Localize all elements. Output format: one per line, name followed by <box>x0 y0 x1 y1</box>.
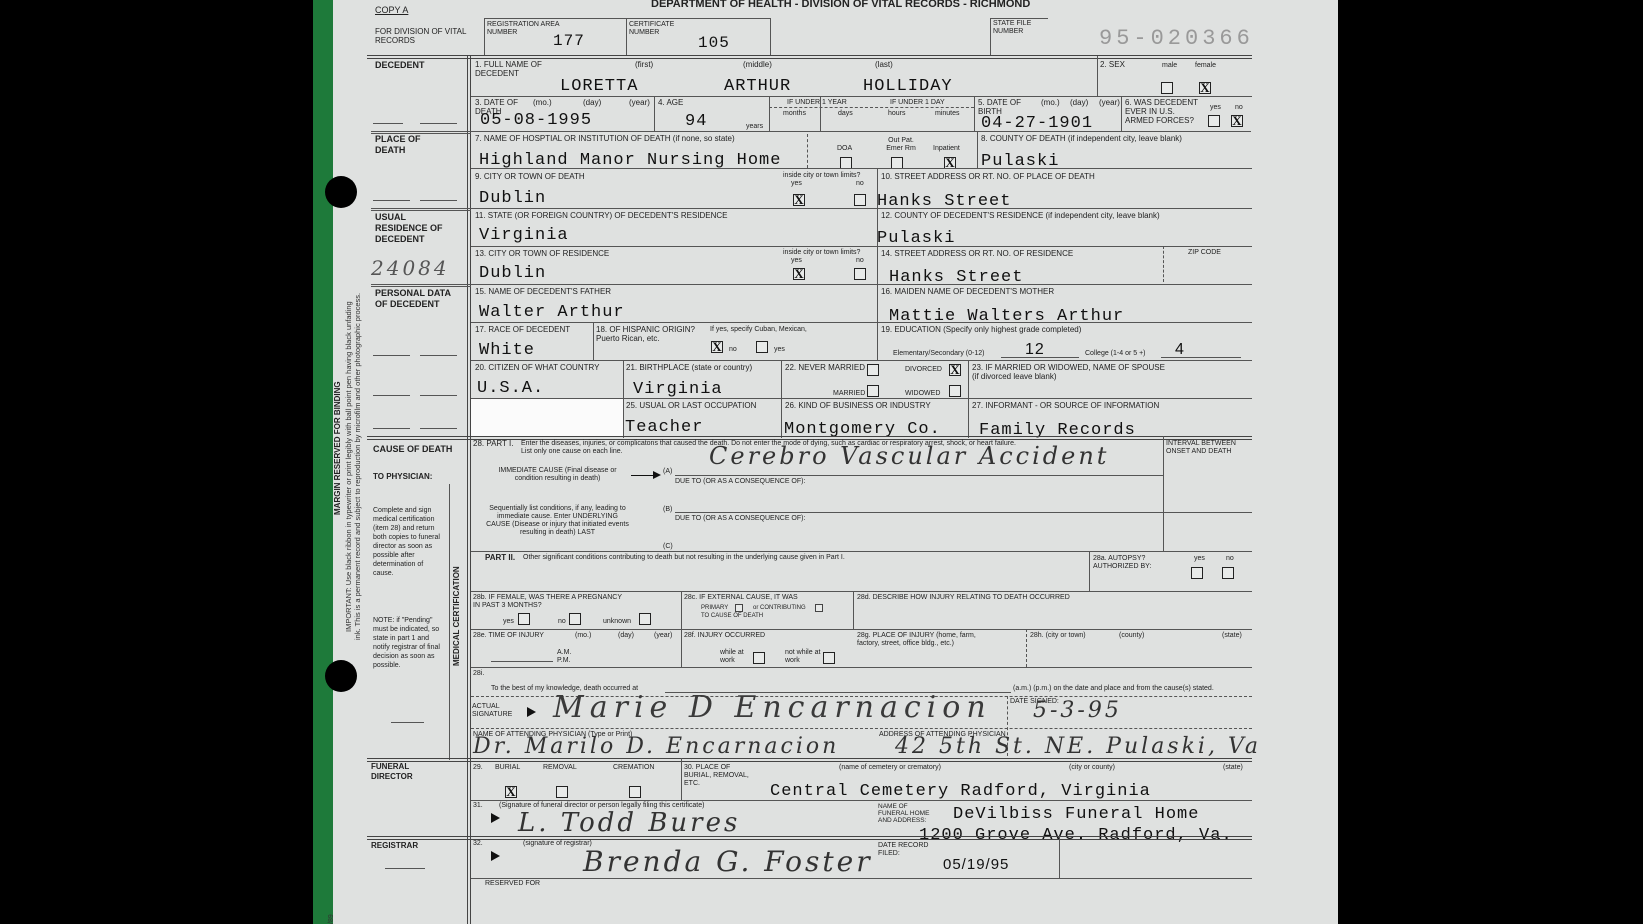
injury-state-label: (state) <box>1222 632 1242 640</box>
res-inside-no-label: no <box>856 257 864 265</box>
spouse-label: 23. IF MARRIED OR WIDOWED, NAME OF SPOUS… <box>972 363 1172 381</box>
birthplace-label: 21. BIRTHPLACE (state or country) <box>626 363 752 372</box>
redacted-field <box>471 399 623 437</box>
zip-code-label: ZIP CODE <box>1188 249 1221 257</box>
city-of-death-label: 9. CITY OR TOWN OF DEATH <box>475 172 585 181</box>
burial-label: BURIAL <box>495 764 520 772</box>
preg-unknown-label: unknown <box>603 618 631 626</box>
preg-no-label: no <box>558 618 566 626</box>
immediate-cause-value: Cerebro Vascular Accident <box>709 442 1109 470</box>
injury-year-label: (year) <box>654 632 672 640</box>
death-certificate: MARGIN RESERVED FOR BINDING IMPORTANT: U… <box>313 0 1338 924</box>
contributing-label: or CONTRIBUTING <box>753 604 806 612</box>
date-of-death-value: 05-08-1995 <box>480 111 592 130</box>
mo-label: (mo.) <box>533 98 552 107</box>
county-of-death-label: 8. COUNTY OF DEATH (if independent city,… <box>981 134 1182 143</box>
first-name-label: (first) <box>635 60 653 69</box>
birthplace-value: Virginia <box>633 380 723 399</box>
funeral-home-label: NAME OF FUNERAL HOME AND ADDRESS: <box>878 803 933 824</box>
immediate-cause-label: IMMEDIATE CAUSE (Final disease or condit… <box>485 467 630 483</box>
injury-city-label: 28h. (city or town) <box>1030 632 1086 640</box>
hispanic-no-checkbox[interactable]: X <box>711 341 723 353</box>
divorced-checkbox[interactable]: X <box>949 364 961 376</box>
residence-inside-limits-yes-checkbox[interactable]: X <box>793 268 805 280</box>
under-1-day-label: IF UNDER 1 DAY <box>890 99 945 107</box>
while-at-work-checkbox[interactable] <box>753 652 765 664</box>
residence-street-label: 14. STREET ADDRESS OR RT. NO. OF RESIDEN… <box>881 249 1073 258</box>
part2-label: PART II. <box>485 553 515 562</box>
residence-city-label: 13. CITY OR TOWN OF RESIDENCE <box>475 249 609 258</box>
primary-checkbox[interactable] <box>735 604 743 612</box>
item32-label: 32. <box>473 840 483 848</box>
line-c-label: (C) <box>663 543 673 551</box>
res-inside-limits-label: inside city or town limits? <box>783 249 860 257</box>
cemetery-name-label: (name of cemetery or crematory) <box>839 764 941 772</box>
section-registrar: REGISTRAR <box>371 840 418 851</box>
sex-female-label: female <box>1195 62 1216 70</box>
pending-note: NOTE: if "Pending" must be indicated, so… <box>373 616 441 670</box>
department-title: DEPARTMENT OF HEALTH - DIVISION OF VITAL… <box>651 0 1030 10</box>
primary-label: PRIMARY <box>701 604 728 612</box>
section-place-of-death: PLACE OF DEATH <box>375 134 435 156</box>
years-label: years <box>746 123 763 131</box>
zip-handwritten-note: 24084 <box>371 256 450 280</box>
armed-forces-no-checkbox[interactable]: X <box>1231 115 1243 127</box>
residence-state-label: 11. STATE (OR FOREIGN COUNTRY) OF DECEDE… <box>475 211 728 220</box>
armed-forces-yes-checkbox[interactable] <box>1208 115 1220 127</box>
date-signed-value: 5-3-95 <box>1033 698 1122 723</box>
education-label: 19. EDUCATION (Specify only highest grad… <box>881 325 1081 334</box>
autopsy-label: 28a. AUTOPSY? AUTHORIZED BY: <box>1093 555 1168 571</box>
due-to-a: DUE TO (OR AS A CONSEQUENCE OF): <box>675 478 805 486</box>
item29-label: 29. <box>473 764 483 772</box>
outpat-label: Out Pat. Emer Rm <box>881 137 921 153</box>
elementary-label: Elementary/Secondary (0-12) <box>893 350 984 358</box>
line-b-label: (B) <box>663 506 672 514</box>
never-married-label: 22. NEVER MARRIED <box>785 363 865 372</box>
business-label: 26. KIND OF BUSINESS OR INDUSTRY <box>785 401 931 410</box>
copy-label: COPY A <box>375 6 408 15</box>
months-label: months <box>783 110 806 118</box>
to-physician-label: TO PHYSICIAN: <box>373 472 433 482</box>
preg-yes-label: yes <box>503 618 514 626</box>
injury-mo-label: (mo.) <box>575 632 591 640</box>
occupation-value: Teacher <box>625 418 703 437</box>
residence-county-label: 12. COUNTY OF DECEDENT'S RESIDENCE (if i… <box>881 211 1160 220</box>
registration-area-value: 177 <box>553 32 585 50</box>
occupation-label: 25. USUAL OR LAST OCCUPATION <box>626 401 756 410</box>
pregnancy-yes-checkbox[interactable] <box>518 613 530 625</box>
days-label: days <box>838 110 853 118</box>
dob-day-label: (day) <box>1070 98 1088 107</box>
interval-label: INTERVAL BETWEEN ONSET AND DEATH <box>1166 440 1251 456</box>
day-label: (day) <box>583 98 601 107</box>
death-inside-limits-no-checkbox[interactable] <box>854 194 866 206</box>
removal-label: REMOVAL <box>543 764 577 772</box>
injury-description-label: 28d. DESCRIBE HOW INJURY RELATING TO DEA… <box>857 594 1070 602</box>
for-division-label: FOR DIVISION OF VITAL RECORDS <box>375 27 470 45</box>
sex-label: 2. SEX <box>1100 60 1125 69</box>
full-name-label: 1. FULL NAME OF DECEDENT <box>475 60 545 78</box>
divorced-label: DIVORCED <box>905 366 942 374</box>
cremation-checkbox[interactable] <box>629 786 641 798</box>
college-value: 4 <box>1175 341 1185 359</box>
mother-value: Mattie Walters Arthur <box>889 307 1124 326</box>
line-a-label: (A) <box>663 468 672 476</box>
place-of-injury-label: 28g. PLACE OF INJURY (home, farm, factor… <box>857 632 992 648</box>
green-binding-stripe <box>313 0 333 924</box>
institution-label: 7. NAME OF HOSPTIAL OR INSTITUTION OF DE… <box>475 134 735 143</box>
physician-instructions: Complete and sign medical certification … <box>373 506 441 578</box>
city-of-death-value: Dublin <box>479 189 546 208</box>
autopsy-yes-label: yes <box>1194 555 1205 563</box>
pregnancy-no-checkbox[interactable] <box>569 613 581 625</box>
while-at-work-label: while at work <box>720 649 750 665</box>
dob-mo-label: (mo.) <box>1041 98 1060 107</box>
hours-label: hours <box>888 110 906 118</box>
elementary-value: 12 <box>1025 341 1045 359</box>
section-personal-data: PERSONAL DATA OF DECEDENT <box>375 288 455 310</box>
doa-label: DOA <box>837 145 852 153</box>
autopsy-no-checkbox[interactable] <box>1222 567 1234 579</box>
city-county-label: (city or county) <box>1069 764 1115 772</box>
registrar-arrow-icon <box>491 851 500 861</box>
am-pm-label: A.M. P.M. <box>557 649 577 665</box>
certificate-number-label: CERTIFICATE NUMBER <box>629 21 689 37</box>
last-name-label: (last) <box>875 60 893 69</box>
death-inside-limits-yes-checkbox[interactable]: X <box>793 194 805 206</box>
hispanic-no-label: no <box>729 346 737 354</box>
part1-label: 28. PART I. <box>473 439 513 448</box>
item31-label: 31. <box>473 802 483 810</box>
pregnancy-unknown-checkbox[interactable] <box>639 613 651 625</box>
registrar-signature-label: (signature of registrar) <box>523 840 592 848</box>
place-of-burial-value: Central Cemetery Radford, Virginia <box>770 782 1151 801</box>
sex-male-checkbox[interactable] <box>1161 82 1173 94</box>
important-note-1: IMPORTANT: Use black ribbon in typewrite… <box>344 301 353 632</box>
part1-instructions-2: List only one cause on each line. <box>521 448 623 456</box>
inpatient-label: Inpatient <box>933 145 960 153</box>
residence-state-value: Virginia <box>479 226 569 245</box>
minutes-label: minutes <box>935 110 960 118</box>
sequential-label: Sequentially list conditions, if any, le… <box>485 505 630 537</box>
mother-label: 16. MAIDEN NAME OF DECEDENT'S MOTHER <box>881 287 1054 296</box>
pregnancy-label: 28b. IF FEMALE, WAS THERE A PREGNANCY IN… <box>473 594 623 610</box>
age-value: 94 <box>685 112 707 131</box>
section-decedent: DECEDENT <box>375 60 425 71</box>
widowed-checkbox[interactable] <box>949 385 961 397</box>
armed-no-label: no <box>1235 104 1243 112</box>
section-funeral-director: FUNERAL DIRECTOR <box>371 762 431 782</box>
form-code: /89 <box>328 914 335 924</box>
first-name-value: LORETTA <box>560 77 638 96</box>
place-of-burial-label: 30. PLACE OF BURIAL, REMOVAL, ETC. <box>684 764 754 788</box>
arrow-right-icon <box>653 471 661 479</box>
date-filed-label: DATE RECORD FILED: <box>878 842 938 858</box>
last-name-value: HOLLIDAY <box>863 77 953 96</box>
hispanic-label: 18. OF HISPANIC ORIGIN? Puerto Rican, et… <box>596 325 706 343</box>
hispanic-specify-label: If yes, specify Cuban, Mexican, <box>710 326 807 334</box>
burial-checkbox[interactable]: X <box>505 786 517 798</box>
hispanic-yes-checkbox[interactable] <box>756 341 768 353</box>
medical-certification-label: MEDICAL CERTIFICATION <box>452 566 461 666</box>
registrar-signature: Brenda G. Foster <box>583 845 873 878</box>
autopsy-yes-checkbox[interactable] <box>1191 567 1203 579</box>
binding-margin-label: MARGIN RESERVED FOR BINDING <box>333 381 342 515</box>
section-cause-of-death: CAUSE OF DEATH <box>373 444 452 455</box>
never-married-checkbox[interactable] <box>867 364 879 376</box>
state-file-label: STATE FILE NUMBER <box>993 20 1053 36</box>
punch-hole <box>325 176 357 208</box>
external-cause-label: 28c. IF EXTERNAL CAUSE, IT WAS <box>684 594 798 602</box>
father-value: Walter Arthur <box>479 303 625 322</box>
residence-inside-limits-no-checkbox[interactable] <box>854 268 866 280</box>
dob-year-label: (year) <box>1099 98 1120 107</box>
age-label: 4. AGE <box>658 98 683 107</box>
reserved-label: RESERVED FOR <box>485 880 540 888</box>
injury-county-label: (county) <box>1119 632 1144 640</box>
director-arrow-icon <box>491 813 500 823</box>
middle-name-value: ARTHUR <box>724 77 791 96</box>
burial-state-label: (state) <box>1223 764 1243 772</box>
citizen-value: U.S.A. <box>477 379 544 398</box>
actual-signature-label: ACTUAL SIGNATURE <box>472 703 512 719</box>
citizen-label: 20. CITIZEN OF WHAT COUNTRY <box>475 363 599 372</box>
inside-limits-label: inside city or town limits? <box>783 172 860 180</box>
sex-female-checkbox[interactable]: X <box>1199 82 1211 94</box>
director-signature: L. Todd Bures <box>518 808 740 838</box>
signature-arrow-icon <box>527 707 536 717</box>
under-1-year-label: IF UNDER 1 YEAR <box>787 99 847 107</box>
autopsy-no-label: no <box>1226 555 1234 563</box>
armed-yes-label: yes <box>1210 104 1221 112</box>
physician-address-value: 42 5th St. NE. Pulaski, Va <box>895 734 1261 759</box>
not-while-at-work-checkbox[interactable] <box>823 652 835 664</box>
removal-checkbox[interactable] <box>556 786 568 798</box>
injury-day-label: (day) <box>618 632 634 640</box>
certificate-number-value: 105 <box>698 34 730 52</box>
part2-text: Other significant conditions contributin… <box>523 554 1103 562</box>
punch-hole <box>325 660 357 692</box>
res-inside-yes-label: yes <box>791 257 802 265</box>
informant-label: 27. INFORMANT - OR SOURCE OF INFORMATION <box>972 401 1159 410</box>
sex-male-label: male <box>1162 62 1177 70</box>
cremation-label: CREMATION <box>613 764 654 772</box>
to-cause-label: TO CAUSE OF DEATH <box>701 612 763 620</box>
residence-city-value: Dublin <box>479 264 546 283</box>
date-filed-value: 05/19/95 <box>943 856 1009 873</box>
cert-item-label: 28i. <box>473 670 484 678</box>
inside-yes-label: yes <box>791 180 802 188</box>
college-label: College (1-4 or 5 +) <box>1085 350 1146 358</box>
armed-forces-label: 6. WAS DECEDENT EVER IN U.S. ARMED FORCE… <box>1125 98 1205 125</box>
state-file-value: 95-020366 <box>1099 26 1254 51</box>
hispanic-yes-label: yes <box>774 346 785 354</box>
physician-signature: Marie D Encarnacion <box>553 690 992 725</box>
due-to-b: DUE TO (OR AS A CONSEQUENCE OF): <box>675 515 805 523</box>
injury-occurred-label: 28f. INJURY OCCURRED <box>684 632 765 640</box>
widowed-label: WIDOWED <box>905 390 940 398</box>
year-label: (year) <box>629 98 650 107</box>
race-label: 17. RACE OF DECEDENT <box>475 325 570 334</box>
inside-no-label: no <box>856 180 864 188</box>
time-of-injury-label: 28e. TIME OF INJURY <box>473 632 544 640</box>
physician-name-value: Dr. Marilo D. Encarnacion <box>473 734 839 759</box>
important-note-2: ink. This is a permanent record and subj… <box>353 293 362 640</box>
street-of-death-label: 10. STREET ADDRESS OR RT. NO. OF PLACE O… <box>881 172 1095 181</box>
contributing-checkbox[interactable] <box>815 604 823 612</box>
not-while-at-work-label: not while at work <box>785 649 823 665</box>
married-checkbox[interactable] <box>867 385 879 397</box>
father-label: 15. NAME OF DECEDENT'S FATHER <box>475 287 611 296</box>
race-value: White <box>479 341 535 360</box>
middle-name-label: (middle) <box>743 60 772 69</box>
certification-text-2: (a.m.) (p.m.) on the date and place and … <box>1013 685 1214 693</box>
married-label: MARRIED <box>833 390 865 398</box>
section-usual-residence: USUAL RESIDENCE OF DECEDENT <box>375 212 455 245</box>
funeral-home-name: DeVilbiss Funeral Home <box>953 805 1199 824</box>
